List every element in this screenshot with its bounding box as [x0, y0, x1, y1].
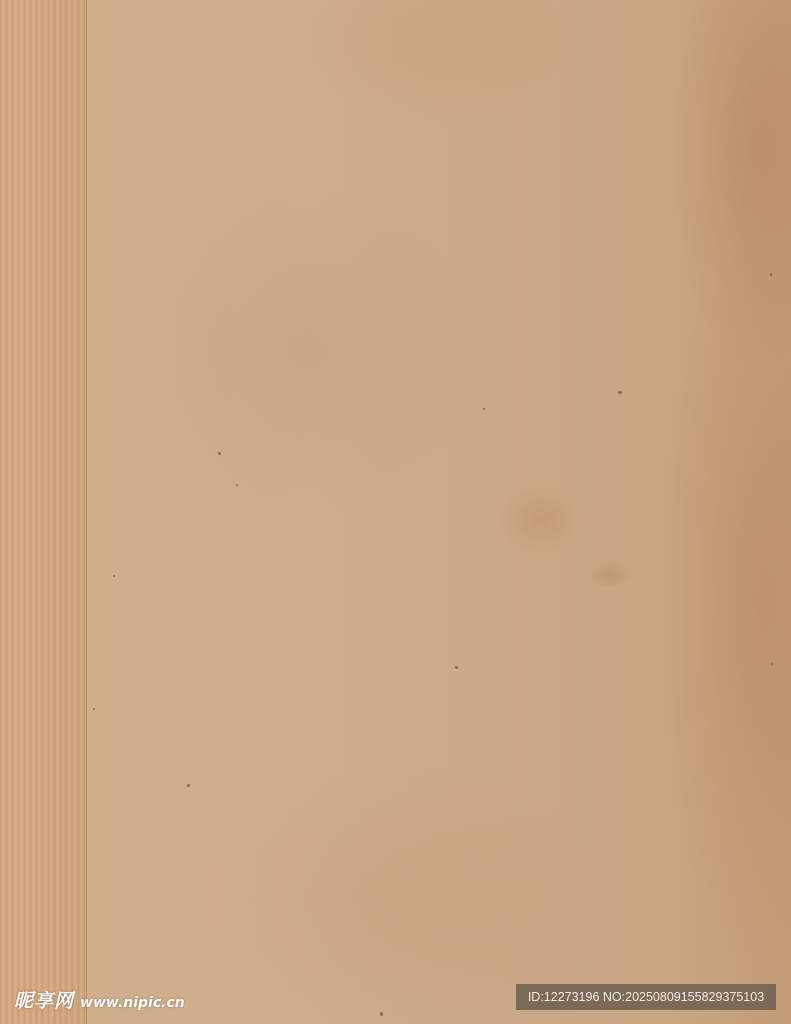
ribbed-spine-strip: [0, 0, 87, 1024]
paper-speck: [771, 663, 773, 665]
watermark-logo: 昵享网 www.nipic.cn: [14, 986, 185, 1013]
watermark-logo-text: 昵享网: [14, 986, 74, 1013]
paper-speck: [455, 666, 458, 669]
paper-speck: [770, 273, 772, 276]
paper-speck: [236, 484, 238, 486]
paper-speck: [483, 408, 485, 410]
paper-speck: [618, 391, 622, 394]
paper-texture: 昵享网 www.nipic.cn ID:12273196 NO:20250809…: [0, 0, 791, 1024]
watermark-url: www.nipic.cn: [80, 995, 185, 1011]
paper-speck: [218, 452, 221, 455]
paper-speck: [113, 575, 115, 577]
paper-speck: [380, 1012, 383, 1016]
paper-speck: [93, 708, 95, 710]
paper-speck: [187, 784, 190, 787]
watermark-id-label: ID:12273196 NO:20250809155829375103: [516, 984, 776, 1010]
